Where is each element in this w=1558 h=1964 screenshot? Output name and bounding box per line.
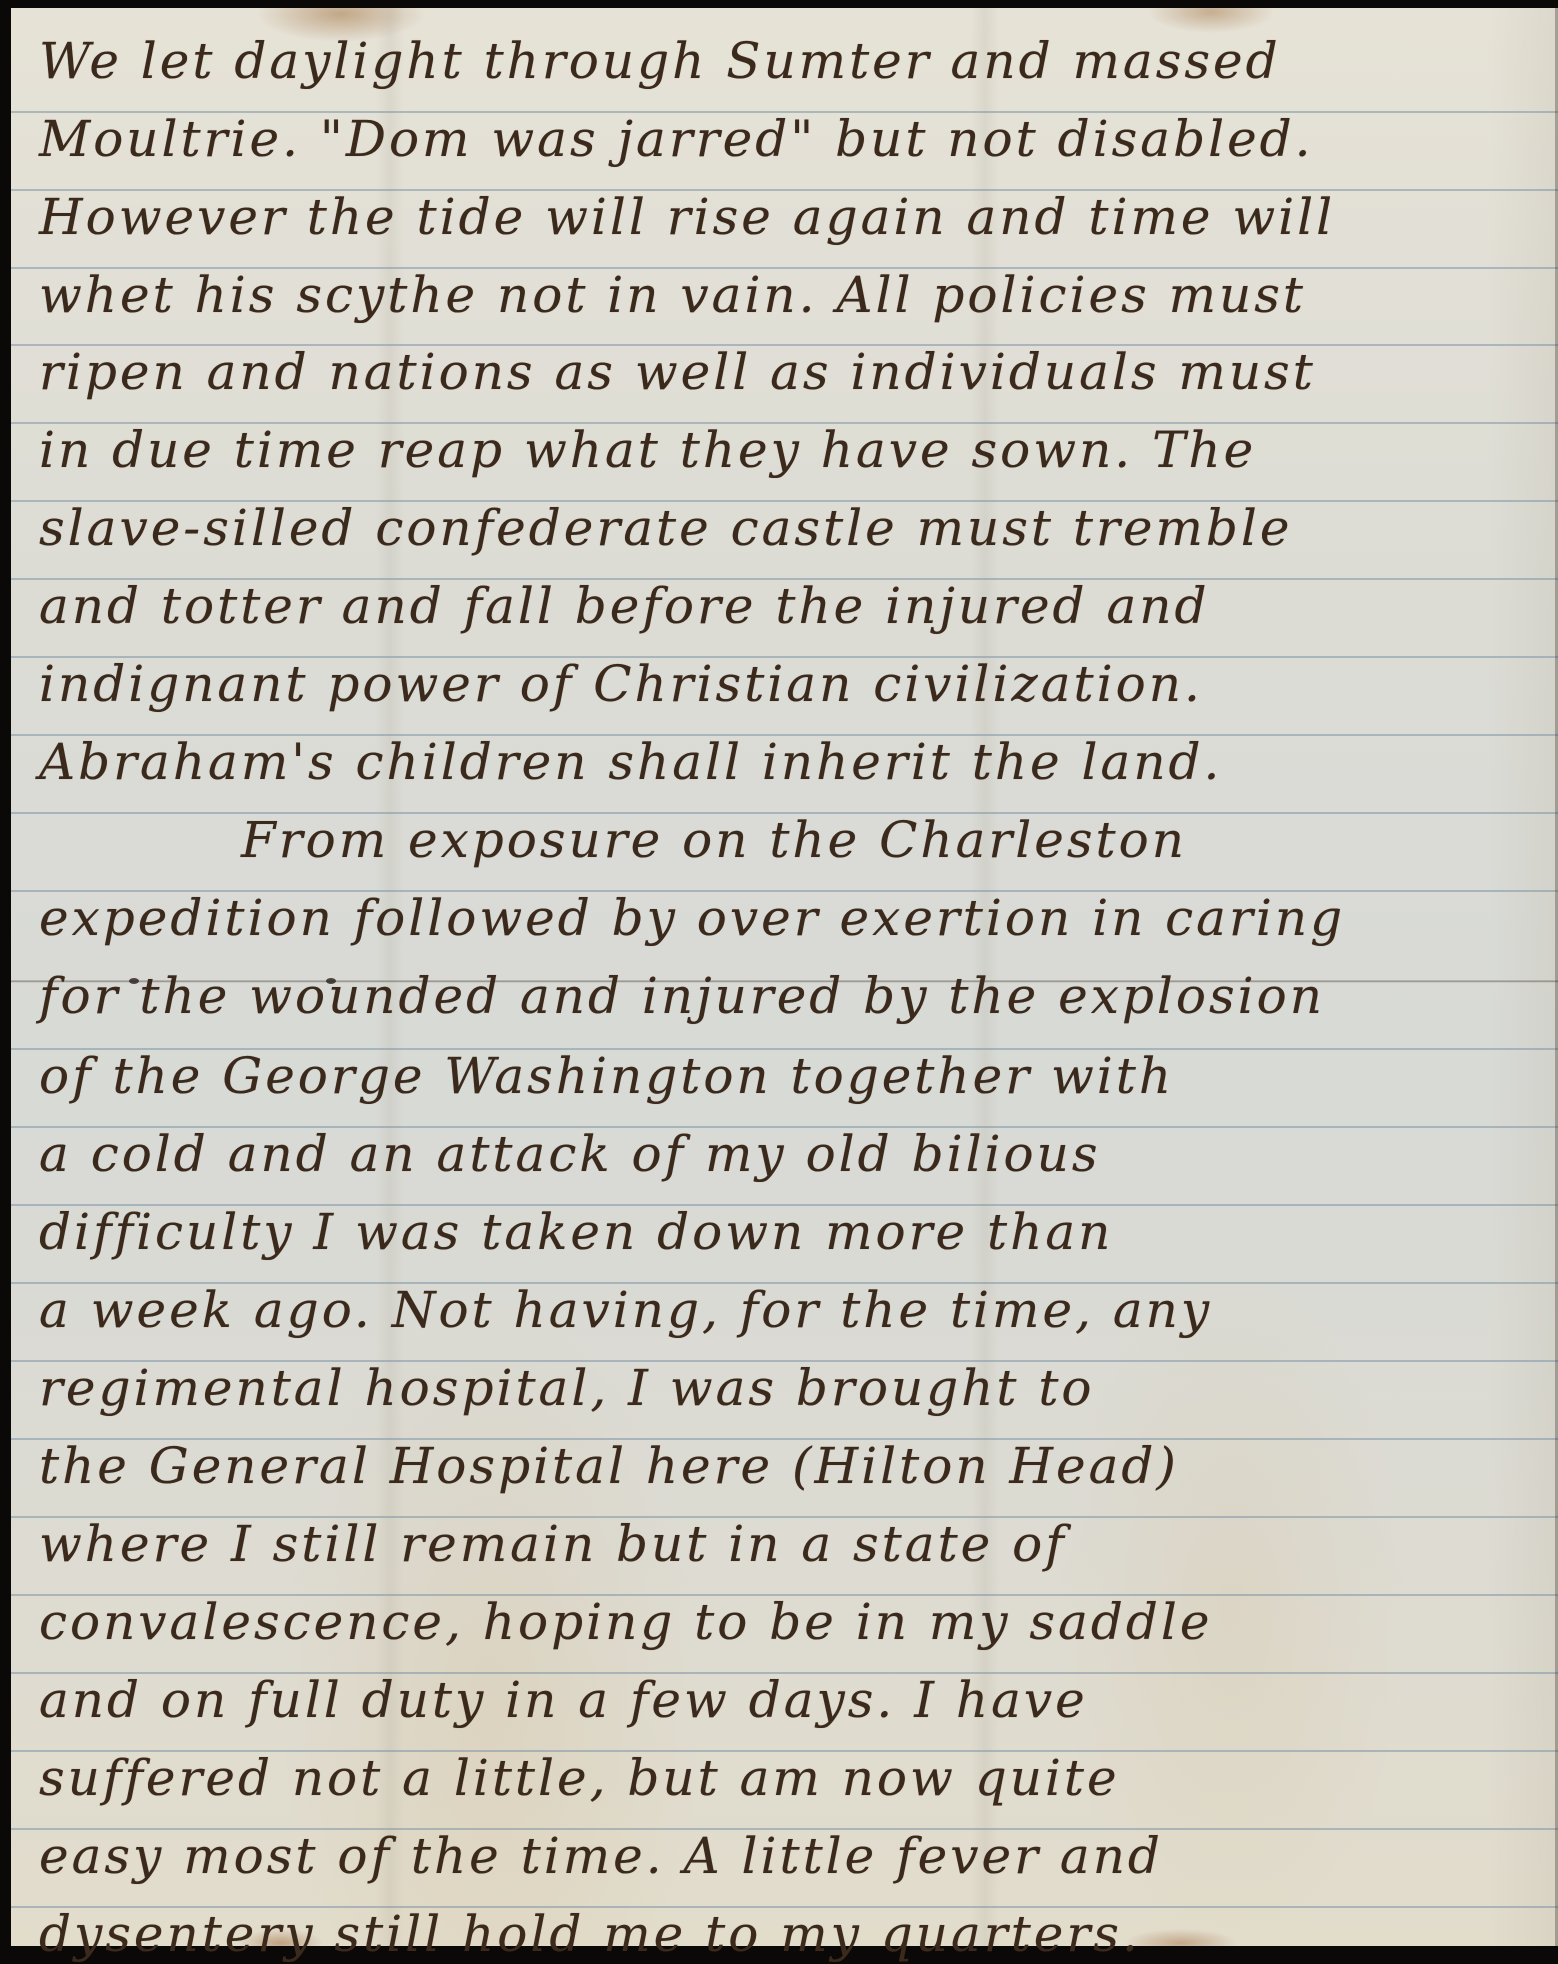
handwritten-line: However the tide will rise again and tim… xyxy=(39,192,1335,242)
handwritten-line: dysentery still hold me to my quarters. xyxy=(39,1909,1141,1959)
handwritten-line: We let daylight through Sumter and masse… xyxy=(39,36,1281,86)
handwritten-line: in due time reap what they have sown. Th… xyxy=(39,425,1256,475)
handwritten-line: ripen and nations as well as individuals… xyxy=(39,347,1316,397)
handwritten-line: difficulty I was taken down more than xyxy=(39,1207,1113,1257)
handwritten-line: for the wounded and injured by the explo… xyxy=(39,971,1325,1021)
handwritten-line: the General Hospital here (Hilton Head) xyxy=(39,1441,1179,1491)
handwritten-line: and on full duty in a few days. I have xyxy=(39,1675,1088,1725)
handwritten-line: whet his scythe not in vain. All policie… xyxy=(39,270,1306,320)
handwritten-line: expedition followed by over exertion in … xyxy=(39,893,1345,943)
handwritten-line: slave-silled confederate castle must tre… xyxy=(39,503,1292,553)
handwritten-line: easy most of the time. A little fever an… xyxy=(39,1831,1163,1881)
handwritten-line: convalescence, hoping to be in my saddle xyxy=(39,1597,1212,1647)
paper-crease xyxy=(1488,8,1558,1946)
handwritten-line: a cold and an attack of my old bilious xyxy=(39,1129,1101,1179)
handwritten-line: Abraham's children shall inherit the lan… xyxy=(39,737,1222,787)
handwritten-line: suffered not a little, but am now quite xyxy=(39,1753,1120,1803)
letter-page: We let daylight through Sumter and masse… xyxy=(11,8,1558,1946)
handwritten-line: where I still remain but in a state of xyxy=(39,1519,1067,1569)
handwritten-line: and totter and fall before the injured a… xyxy=(39,581,1209,631)
handwritten-line: of the George Washington together with xyxy=(39,1051,1174,1101)
handwritten-line: From exposure on the Charleston xyxy=(241,815,1187,865)
handwritten-line: Moultrie. "Dom was jarred" but not disab… xyxy=(39,114,1314,164)
handwritten-line: a week ago. Not having, for the time, an… xyxy=(39,1285,1212,1335)
handwritten-line: regimental hospital, I was brought to xyxy=(39,1363,1095,1413)
handwritten-line: indignant power of Christian civilizatio… xyxy=(39,659,1203,709)
